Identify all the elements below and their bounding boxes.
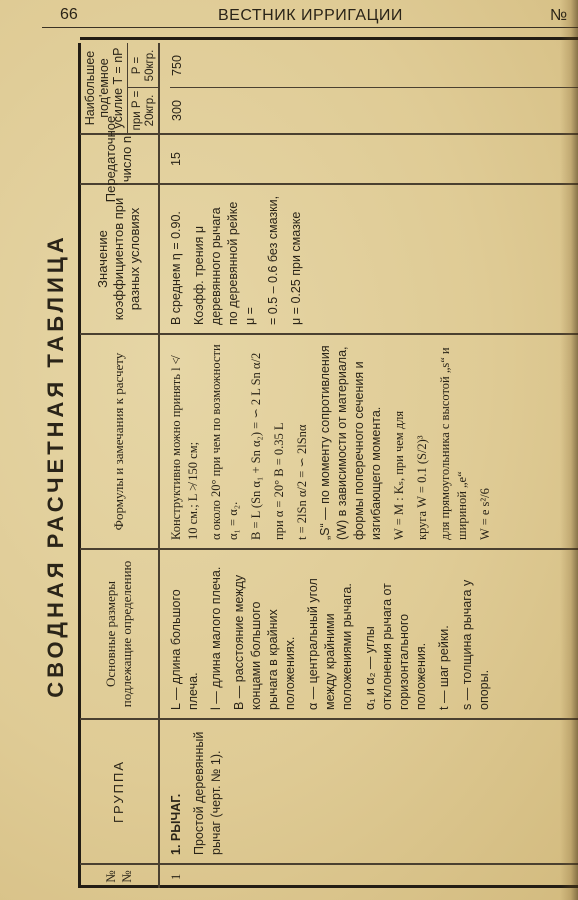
dimension-item: B — расстояние между концами большого ры… <box>231 558 299 710</box>
header-rule <box>42 27 578 28</box>
formula-line: круга W = 0.1 (S/2)³ <box>414 343 431 540</box>
formula-line: W = M : Kₛ, при чем для <box>391 343 408 540</box>
header-force-title: Наибольшее под'емное усилие T = nP <box>80 43 128 133</box>
header-coefficients: Значение коэффициентов при разных услови… <box>80 185 160 333</box>
header-dimensions: Основные размеры подлежащие определению <box>80 550 160 718</box>
header-number: №№ <box>80 865 160 888</box>
journal-title: ВЕСТНИК ИРРИГАЦИИ <box>218 7 403 25</box>
header-force: Наибольшее под'емное усилие T = nP при P… <box>80 43 160 133</box>
column-transmission: Передаточное число n 15 <box>80 133 578 183</box>
cell-transmission: 15 <box>162 135 191 183</box>
dimension-item: l — длина малого плеча. <box>208 558 225 710</box>
formula-line: B = L (Sn α₁ + Sn α₂) = ∽ 2 L Sn α/2 <box>248 343 265 540</box>
cell-force-p50: 750 <box>170 43 184 88</box>
header-force-p50: P = 50кгр. <box>128 43 160 88</box>
cell-force-p20: 300 <box>170 87 578 133</box>
column-coefficients: Значение коэффициентов при разных услови… <box>80 183 578 333</box>
dimension-item: α — центральный угол между крайними поло… <box>305 558 356 710</box>
group-title: 1. РЫЧАГ. <box>168 728 185 855</box>
coefficient-line: В среднем η = 0.90. <box>168 193 185 325</box>
coefficient-line: = 0.5 – 0.6 без смазки, <box>265 193 282 325</box>
group-description: Простой деревянный рычаг (черт. № 1). <box>191 728 225 855</box>
coefficient-line: Коэфф. трения μ деревянного рычага по де… <box>191 193 259 325</box>
cell-coefficients: В среднем η = 0.90. Коэфф. трения μ дере… <box>162 185 317 333</box>
cell-group: 1. РЫЧАГ. Простой деревянный рычаг (черт… <box>162 720 237 863</box>
column-group: ГРУППА 1. РЫЧАГ. Простой деревянный рыча… <box>80 718 578 863</box>
formula-line: для прямоугольника с высотой „s“ и ширин… <box>437 343 471 540</box>
column-number: №№ 1 <box>80 863 578 888</box>
page-edge-shadow <box>560 0 578 900</box>
dimension-item: α₁ и α₂ — углы отклонения рычага от гори… <box>362 558 430 710</box>
cell-formulas: Конструктивно можно принять l ≮ 10 см.; … <box>162 335 506 548</box>
header-transmission: Передаточное число n <box>80 135 160 183</box>
table-title: СВОДНАЯ РАСЧЕТНАЯ ТАБЛИЦА <box>43 43 73 888</box>
summary-table: СВОДНАЯ РАСЧЕТНАЯ ТАБЛИЦА №№ 1 ГРУППА 1.… <box>43 43 578 888</box>
formula-line: Конструктивно можно принять l ≮ 10 см.; … <box>168 343 202 540</box>
header-group: ГРУППА <box>80 720 160 863</box>
cell-row-number: 1 <box>162 865 191 888</box>
running-header: 66 ВЕСТНИК ИРРИГАЦИИ № <box>0 0 578 34</box>
dimension-item: L — длина большого плеча. <box>168 558 202 710</box>
formula-line: „S“ — по моменту сопротивления (W) в зав… <box>317 343 385 540</box>
cell-dimensions: L — длина большого плеча. l — длина мало… <box>162 550 505 718</box>
formula-line: t = 2lSn α/2 = ∽ 2lSnα <box>294 343 311 540</box>
header-formulas: Формулы и замечания к расчету <box>80 335 160 548</box>
dimension-item: t — шаг рейки. <box>436 558 453 710</box>
dimension-item: s — толщина рычага у опоры. <box>459 558 493 710</box>
formula-line: W = e s²/6 <box>477 343 494 540</box>
page-number: 66 <box>60 6 78 24</box>
column-formulas: Формулы и замечания к расчету Конструкти… <box>80 333 578 548</box>
column-dimensions: Основные размеры подлежащие определению … <box>80 548 578 718</box>
column-force: Наибольшее под'емное усилие T = nP при P… <box>80 43 578 133</box>
formula-line: при α = 20° B = 0.35 L <box>271 343 288 540</box>
header-force-p20: при P = 20кгр. <box>128 87 160 133</box>
coefficient-line: μ = 0.25 при смазке <box>288 193 305 325</box>
formula-line: α около 20° при чем по возможности α₁ = … <box>208 343 242 540</box>
